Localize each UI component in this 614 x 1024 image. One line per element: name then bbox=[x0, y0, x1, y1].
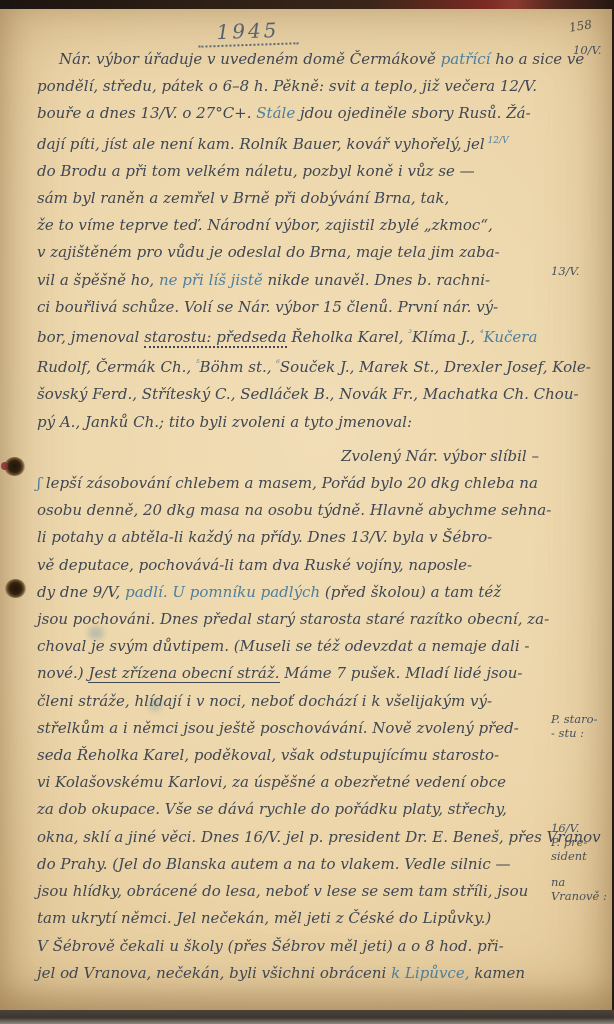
ink-text: Zvolený Nár. výbor slíbil – bbox=[341, 447, 539, 465]
ink-text: seda Řeholka Karel, poděkoval, však odst… bbox=[37, 746, 499, 764]
ink-text: Nár. výbor úřaduje v uvedeném domě Čermá… bbox=[59, 50, 441, 68]
handwritten-line: bouře a dnes 13/V. o 27°C+. Stále jdou o… bbox=[37, 100, 543, 127]
year-heading: 1945 bbox=[198, 17, 299, 47]
handwritten-line: pondělí, středu, pátek o 6–8 h. Pěkně: s… bbox=[37, 73, 543, 100]
ink-text: kamen bbox=[469, 964, 525, 982]
handwritten-line: jel od Vranova, nečekán, byli všichni ob… bbox=[37, 960, 543, 987]
ink-text: ci bouřlivá schůze. Volí se Nár. výbor 1… bbox=[37, 298, 498, 316]
handwritten-line: pý A., Janků Ch.; tito byli zvoleni a ty… bbox=[37, 409, 543, 436]
ink-text: jsou hlídky, obrácené do lesa, neboť v l… bbox=[37, 882, 528, 900]
ink-text: okna, sklí a jiné věci. Dnes 16/V. jel p… bbox=[37, 828, 601, 846]
handwritten-line: jsou pochováni. Dnes předal starý staros… bbox=[37, 606, 543, 633]
handwritten-line: bor, jmenoval starostu: předseda Řeholka… bbox=[37, 321, 543, 351]
ink-text: dají píti, jíst ale není kam. Rolník Bau… bbox=[37, 135, 485, 153]
ink-text: Klíma J., bbox=[412, 328, 480, 346]
margin-note: naVranově : bbox=[551, 875, 614, 903]
ink-text: V Šébrově čekali u školy (přes Šébrov mě… bbox=[37, 937, 504, 955]
blue-ink-text: padlí. U pomníku padlých bbox=[125, 583, 320, 601]
handwritten-line: do Prahy. (Jel do Blanska autem a na to … bbox=[37, 851, 543, 878]
handwriting-block: Nár. výbor úřaduje v uvedeném domě Čermá… bbox=[37, 46, 543, 996]
ink-text: Rudolf, Čermák Ch., bbox=[37, 358, 196, 376]
manuscript-photo: 1945 158 Nár. výbor úřaduje v uvedeném d… bbox=[0, 0, 614, 1024]
notebook-page: 1945 158 Nár. výbor úřaduje v uvedeném d… bbox=[0, 9, 612, 1012]
ink-text: jsou pochováni. Dnes předal starý staros… bbox=[37, 610, 549, 628]
handwritten-line: ci bouřlivá schůze. Volí se Nár. výbor 1… bbox=[37, 294, 543, 321]
punch-hole-bottom bbox=[5, 579, 26, 598]
page-number: 158 bbox=[568, 17, 593, 34]
ink-text: že to víme teprve teď. Národní výbor, za… bbox=[37, 216, 493, 234]
ink-smudge bbox=[148, 699, 162, 711]
ink-text: střelkům a i němci jsou ještě poschovává… bbox=[37, 719, 519, 737]
ink-text: dy dne 9/V, bbox=[37, 583, 125, 601]
ink-text: tam ukrytí němci. Jel nečekán, měl jeti … bbox=[37, 909, 491, 927]
ink-text: šovský Ferd., Stříteský C., Sedláček B.,… bbox=[37, 385, 579, 403]
blue-ink-text: Stále bbox=[256, 104, 295, 122]
handwritten-line: sám byl raněn a zemřel v Brně při dobývá… bbox=[37, 185, 543, 212]
ink-text: bouře a dnes 13/V. o 27°C+. bbox=[37, 104, 256, 122]
ink-text: v zajištěném pro vůdu je odeslal do Brna… bbox=[37, 243, 500, 261]
ink-text: Máme 7 pušek. Mladí lidé jsou- bbox=[280, 664, 523, 682]
ink-text: Řeholka Karel, bbox=[287, 328, 409, 346]
photo-edge-bottom bbox=[0, 1010, 614, 1024]
ink-smudge bbox=[88, 626, 104, 640]
handwritten-line: členi stráže, hlídají i v noci, neboť do… bbox=[37, 688, 543, 715]
ink-text: pondělí, středu, pátek o 6–8 h. Pěkně: s… bbox=[37, 77, 537, 95]
handwritten-line: seda Řeholka Karel, poděkoval, však odst… bbox=[37, 742, 543, 769]
handwritten-line: vi Kolašovskému Karlovi, za úspěšné a ob… bbox=[37, 769, 543, 796]
ink-text: za dob okupace. Vše se dává rychle do po… bbox=[37, 800, 507, 818]
blue-ink-text: Kučera bbox=[483, 328, 537, 346]
ink-text: (před školou) a tam též bbox=[320, 583, 501, 601]
ink-text: do Brodu a při tom velkém náletu, pozbyl… bbox=[37, 162, 475, 180]
blue-ink-text: patřící bbox=[441, 50, 491, 68]
ink-text: Böhm st., bbox=[200, 358, 277, 376]
handwritten-line: jsou hlídky, obrácené do lesa, neboť v l… bbox=[37, 878, 543, 905]
handwritten-line: Rudolf, Čermák Ch., ⁵Böhm st., ⁶Souček J… bbox=[37, 351, 543, 381]
ink-text: sám byl raněn a zemřel v Brně při dobývá… bbox=[37, 189, 449, 207]
ink-text: jel od Vranova, nečekán, byli všichni ob… bbox=[37, 964, 391, 982]
handwritten-line: šovský Ferd., Stříteský C., Sedláček B.,… bbox=[37, 381, 543, 408]
handwritten-line: Nár. výbor úřaduje v uvedeném domě Čermá… bbox=[37, 46, 543, 73]
blue-ink-text: k Lipůvce, bbox=[391, 964, 469, 982]
handwritten-line: V Šébrově čekali u školy (přes Šébrov mě… bbox=[37, 933, 543, 960]
ink-text: Souček J., Marek St., Drexler Josef, Kol… bbox=[280, 358, 591, 376]
ink-text: pý A., Janků Ch.; tito byli zvoleni a ty… bbox=[37, 413, 412, 431]
ink-text: choval je svým důvtipem. (Museli se též … bbox=[37, 637, 529, 655]
ink-text: jdou ojediněle sbory Rusů. Žá- bbox=[295, 104, 530, 122]
ink-text: lepší zásobování chlebem a masem, Pořád … bbox=[46, 474, 538, 492]
ink-text: vil a špěšně ho, bbox=[37, 271, 159, 289]
handwritten-line: střelkům a i němci jsou ještě poschovává… bbox=[37, 715, 543, 742]
handwritten-line: dy dne 9/V, padlí. U pomníku padlých (př… bbox=[37, 579, 543, 606]
handwritten-line: vě deputace, pochovává-li tam dva Ruské … bbox=[37, 552, 543, 579]
ink-text: nikde unavěl. Dnes b. rachni- bbox=[263, 271, 490, 289]
handwritten-line: tam ukrytí němci. Jel nečekán, měl jeti … bbox=[37, 905, 543, 932]
blue-ink-text: ne při líš jistě bbox=[159, 271, 263, 289]
margin-note: 10/V. bbox=[551, 43, 614, 57]
ink-text: vě deputace, pochovává-li tam dva Ruské … bbox=[37, 556, 472, 574]
handwritten-line: okna, sklí a jiné věci. Dnes 16/V. jel p… bbox=[37, 824, 543, 851]
handwritten-line: li potahy a abtěla-li každý na přídy. Dn… bbox=[37, 524, 543, 551]
handwritten-line: že to víme teprve teď. Národní výbor, za… bbox=[37, 212, 543, 239]
margin-note: P. staro-- stu : bbox=[551, 712, 614, 740]
blue-ink-text: ʃ bbox=[37, 474, 46, 492]
margin-note: 13/V. bbox=[551, 264, 614, 278]
handwritten-line: do Brodu a při tom velkém náletu, pozbyl… bbox=[37, 158, 543, 185]
handwritten-line: dají píti, jíst ale není kam. Rolník Bau… bbox=[37, 128, 543, 158]
handwritten-line: osobu denně, 20 dkg masa na osobu týdně.… bbox=[37, 497, 543, 524]
handwritten-line: za dob okupace. Vše se dává rychle do po… bbox=[37, 796, 543, 823]
ink-text: li potahy a abtěla-li každý na přídy. Dn… bbox=[37, 528, 492, 546]
handwritten-line: ʃ lepší zásobování chlebem a masem, Pořá… bbox=[37, 470, 543, 497]
ink-text: členi stráže, hlídají i v noci, neboť do… bbox=[37, 692, 492, 710]
handwritten-line: vil a špěšně ho, ne při líš jistě nikde … bbox=[37, 267, 543, 294]
ink-text: do Prahy. (Jel do Blanska autem a na to … bbox=[37, 855, 511, 873]
handwritten-line: v zajištěném pro vůdu je odeslal do Brna… bbox=[37, 239, 543, 266]
margin-note: 16/V.P. pre-sident bbox=[551, 821, 614, 863]
red-ink-dot bbox=[1, 462, 8, 470]
handwritten-line: choval je svým důvtipem. (Museli se též … bbox=[37, 633, 543, 660]
handwritten-line: Zvolený Nár. výbor slíbil – bbox=[37, 443, 543, 470]
ink-text: Jest zřízena obecní stráž. bbox=[88, 664, 279, 683]
ink-text: nové.) bbox=[37, 664, 88, 682]
ink-text: vi Kolašovskému Karlovi, za úspěšné a ob… bbox=[37, 773, 506, 791]
handwritten-line: nové.) Jest zřízena obecní stráž. Máme 7… bbox=[37, 660, 543, 687]
blue-ink-text: 12/V bbox=[485, 136, 509, 146]
ink-text: starostu: předseda bbox=[144, 328, 286, 348]
ink-text: osobu denně, 20 dkg masa na osobu týdně.… bbox=[37, 501, 551, 519]
ink-text: bor, jmenoval bbox=[37, 328, 144, 346]
